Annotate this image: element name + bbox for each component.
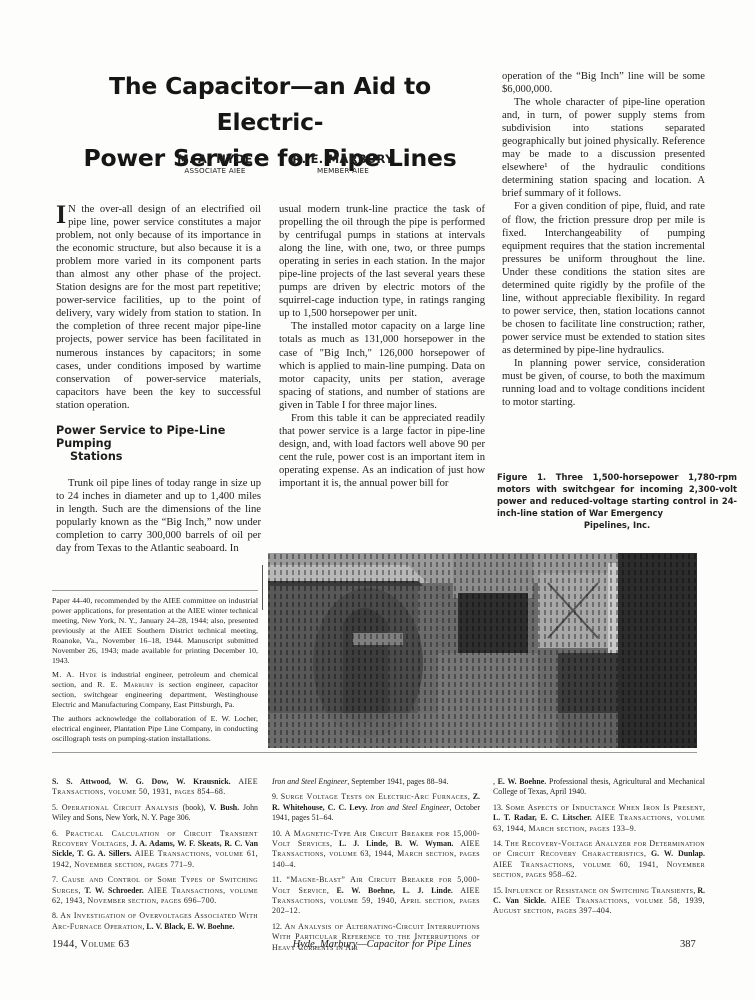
reference-item: 6. Practical Calculation of Circuit Tran… (52, 829, 258, 871)
footnote-rule (52, 590, 258, 591)
reference-item: 13. Some Aspects of Inductance When Iron… (493, 803, 705, 834)
references-column-1: S. S. Attwood, W. G. Dow, W. Krausnick. … (52, 777, 258, 937)
reference-number: 15. (493, 886, 503, 895)
intro-paragraph: IN the over-all design of an electrified… (56, 203, 261, 412)
reference-sep: , (644, 849, 651, 858)
column-1: IN the over-all design of an electrified… (56, 203, 261, 555)
reference-authors: L. T. Radar, E. C. Litscher. (493, 813, 592, 822)
article-title: The Capacitor—an Aid to Electric- Power … (60, 68, 480, 176)
reference-authors: T. W. Schroeder. (84, 886, 143, 895)
author-name: M. A. Hyde (52, 670, 97, 679)
paragraph: usual modern trunk-line practice the tas… (279, 203, 485, 320)
reference-number: 8. (52, 911, 58, 920)
reference-title: Some Aspects of Inductance When Iron Is … (506, 803, 703, 812)
paragraph: From this table it can be appreciated re… (279, 412, 485, 490)
reference-sep: , (703, 803, 705, 812)
paragraph: In planning power service, consideration… (502, 357, 705, 409)
motor-room-photo-icon (268, 553, 697, 748)
reference-title: Surge Voltage Tests on Electric-Arc Furn… (281, 792, 468, 801)
reference-number: 6. (52, 829, 58, 838)
reference-item: 14. The Recovery-Voltage Analyzer for De… (493, 839, 705, 881)
reference-source: AIEE Transactions, volume 60, 1941, Nove… (493, 860, 705, 879)
reference-item: 10. A Magnetic-Type Air Circuit Breaker … (272, 829, 480, 871)
column-divider (262, 565, 263, 610)
reference-number: 5. (52, 803, 58, 812)
reference-number: 11. (272, 875, 282, 884)
reference-title: Influence of Resistance on Switching Tra… (505, 886, 694, 895)
page-number: 387 (680, 939, 696, 950)
section-heading-line-1: Power Service to Pipe-Line Pumping (56, 424, 225, 450)
reference-authors: L. V. Black, E. W. Boehne. (146, 922, 234, 931)
author-name: R. E. MARBURY (278, 152, 408, 166)
title-line-1: The Capacitor—an Aid to Electric- (60, 68, 480, 140)
reference-item: S. S. Attwood, W. G. Dow, W. Krausnick. … (52, 777, 258, 798)
references-column-3: , E. W. Boehne. Professional thesis, Agr… (493, 777, 705, 922)
author-affiliation: ASSOCIATE AIEE (160, 166, 270, 175)
author-name: M. A. HYDE (160, 152, 270, 166)
paragraph: The whole character of pipe-line operati… (502, 96, 705, 200)
reference-item: 8. An Investigation of Overvoltages Asso… (52, 911, 258, 932)
footer-running-title: Hyde, Marbury—Capacitor for Pipe Lines (262, 939, 502, 950)
reference-number: 9. (272, 792, 278, 801)
acknowledgement-note: The authors acknowledge the collaboratio… (52, 714, 258, 744)
author-affiliation: MEMBER AIEE (278, 166, 408, 175)
reference-sep: , (330, 839, 339, 848)
paragraph: For a given condition of pipe, fluid, an… (502, 200, 705, 357)
section-heading-line-2: Stations (56, 450, 261, 463)
reference-number: 7. (52, 875, 58, 884)
reference-number: 12. (272, 922, 282, 931)
footer-volume-text: 1944, Volume 63 (52, 939, 130, 950)
reference-number: 14. (493, 839, 503, 848)
reference-item: 9. Surge Voltage Tests on Electric-Arc F… (272, 792, 480, 823)
reference-item: 15. Influence of Resistance on Switching… (493, 886, 705, 917)
paragraph: operation of the “Big Inch” line will be… (502, 70, 705, 96)
reference-sep: (book), (179, 803, 210, 812)
footnotes: Paper 44-40, recommended by the AIEE com… (52, 596, 258, 748)
figure-caption: Figure 1. Three 1,500-horsepower 1,780-r… (497, 471, 737, 531)
footer-volume: 1944, Volume 63 (52, 939, 130, 950)
reference-title: Operational Circuit Analysis (62, 803, 179, 812)
column-3: operation of the “Big Inch” line will be… (502, 70, 705, 409)
reference-item: 5. Operational Circuit Analysis (book), … (52, 803, 258, 824)
reference-journal: Iron and Steel Engineer (368, 803, 450, 812)
dropcap: I (56, 203, 66, 227)
section-heading: Power Service to Pipe-Line Pumping Stati… (56, 424, 261, 463)
reference-item-continued: , E. W. Boehne. Professional thesis, Agr… (493, 777, 705, 798)
reference-number: 10. (272, 829, 282, 838)
reference-authors: E. W. Boehne. (498, 777, 547, 786)
reference-item-continued: Iron and Steel Engineer, September 1941,… (272, 777, 480, 787)
reference-authors: S. S. Attwood, W. G. Dow, W. Krausnick. (52, 777, 231, 786)
intro-text: N the over-all design of an electrified … (56, 204, 261, 411)
authors-note: M. A. Hyde is industrial engineer, petro… (52, 670, 258, 710)
paragraph: The installed motor capacity on a large … (279, 320, 485, 411)
reference-authors: V. Bush. (210, 803, 240, 812)
reference-authors: L. J. Linde, B. W. Wyman. (339, 839, 453, 848)
title-line-2: Power Service for Pipe Lines (60, 140, 480, 176)
paper-note: Paper 44-40, recommended by the AIEE com… (52, 596, 258, 666)
reference-source: , September 1941, pages 88–94. (347, 777, 448, 786)
reference-authors: G. W. Dunlap. (651, 849, 705, 858)
reference-authors: E. W. Boehne, L. J. Linde. (336, 886, 452, 895)
figure-caption-text: Figure 1. Three 1,500-horsepower 1,780-r… (497, 472, 737, 518)
author-name: R. E. Marbury (97, 680, 154, 689)
reference-item: 11. “Magne-Blast” Air Circuit Breaker fo… (272, 875, 480, 917)
reference-journal: Iron and Steel Engineer (272, 777, 347, 786)
author-2: R. E. MARBURY MEMBER AIEE (278, 152, 408, 175)
author-1: M. A. HYDE ASSOCIATE AIEE (160, 152, 270, 175)
paragraph: Trunk oil pipe lines of today range in s… (56, 477, 261, 555)
reference-number: 13. (493, 803, 503, 812)
column-2: usual modern trunk-line practice the tas… (279, 203, 485, 490)
references-column-2: Iron and Steel Engineer, September 1941,… (272, 777, 480, 958)
figure-photo (268, 553, 697, 748)
references-rule (52, 752, 697, 753)
reference-item: 7. Cause and Control of Some Types of Sw… (52, 875, 258, 906)
figure-caption-last-line: Pipelines, Inc. (497, 519, 737, 531)
